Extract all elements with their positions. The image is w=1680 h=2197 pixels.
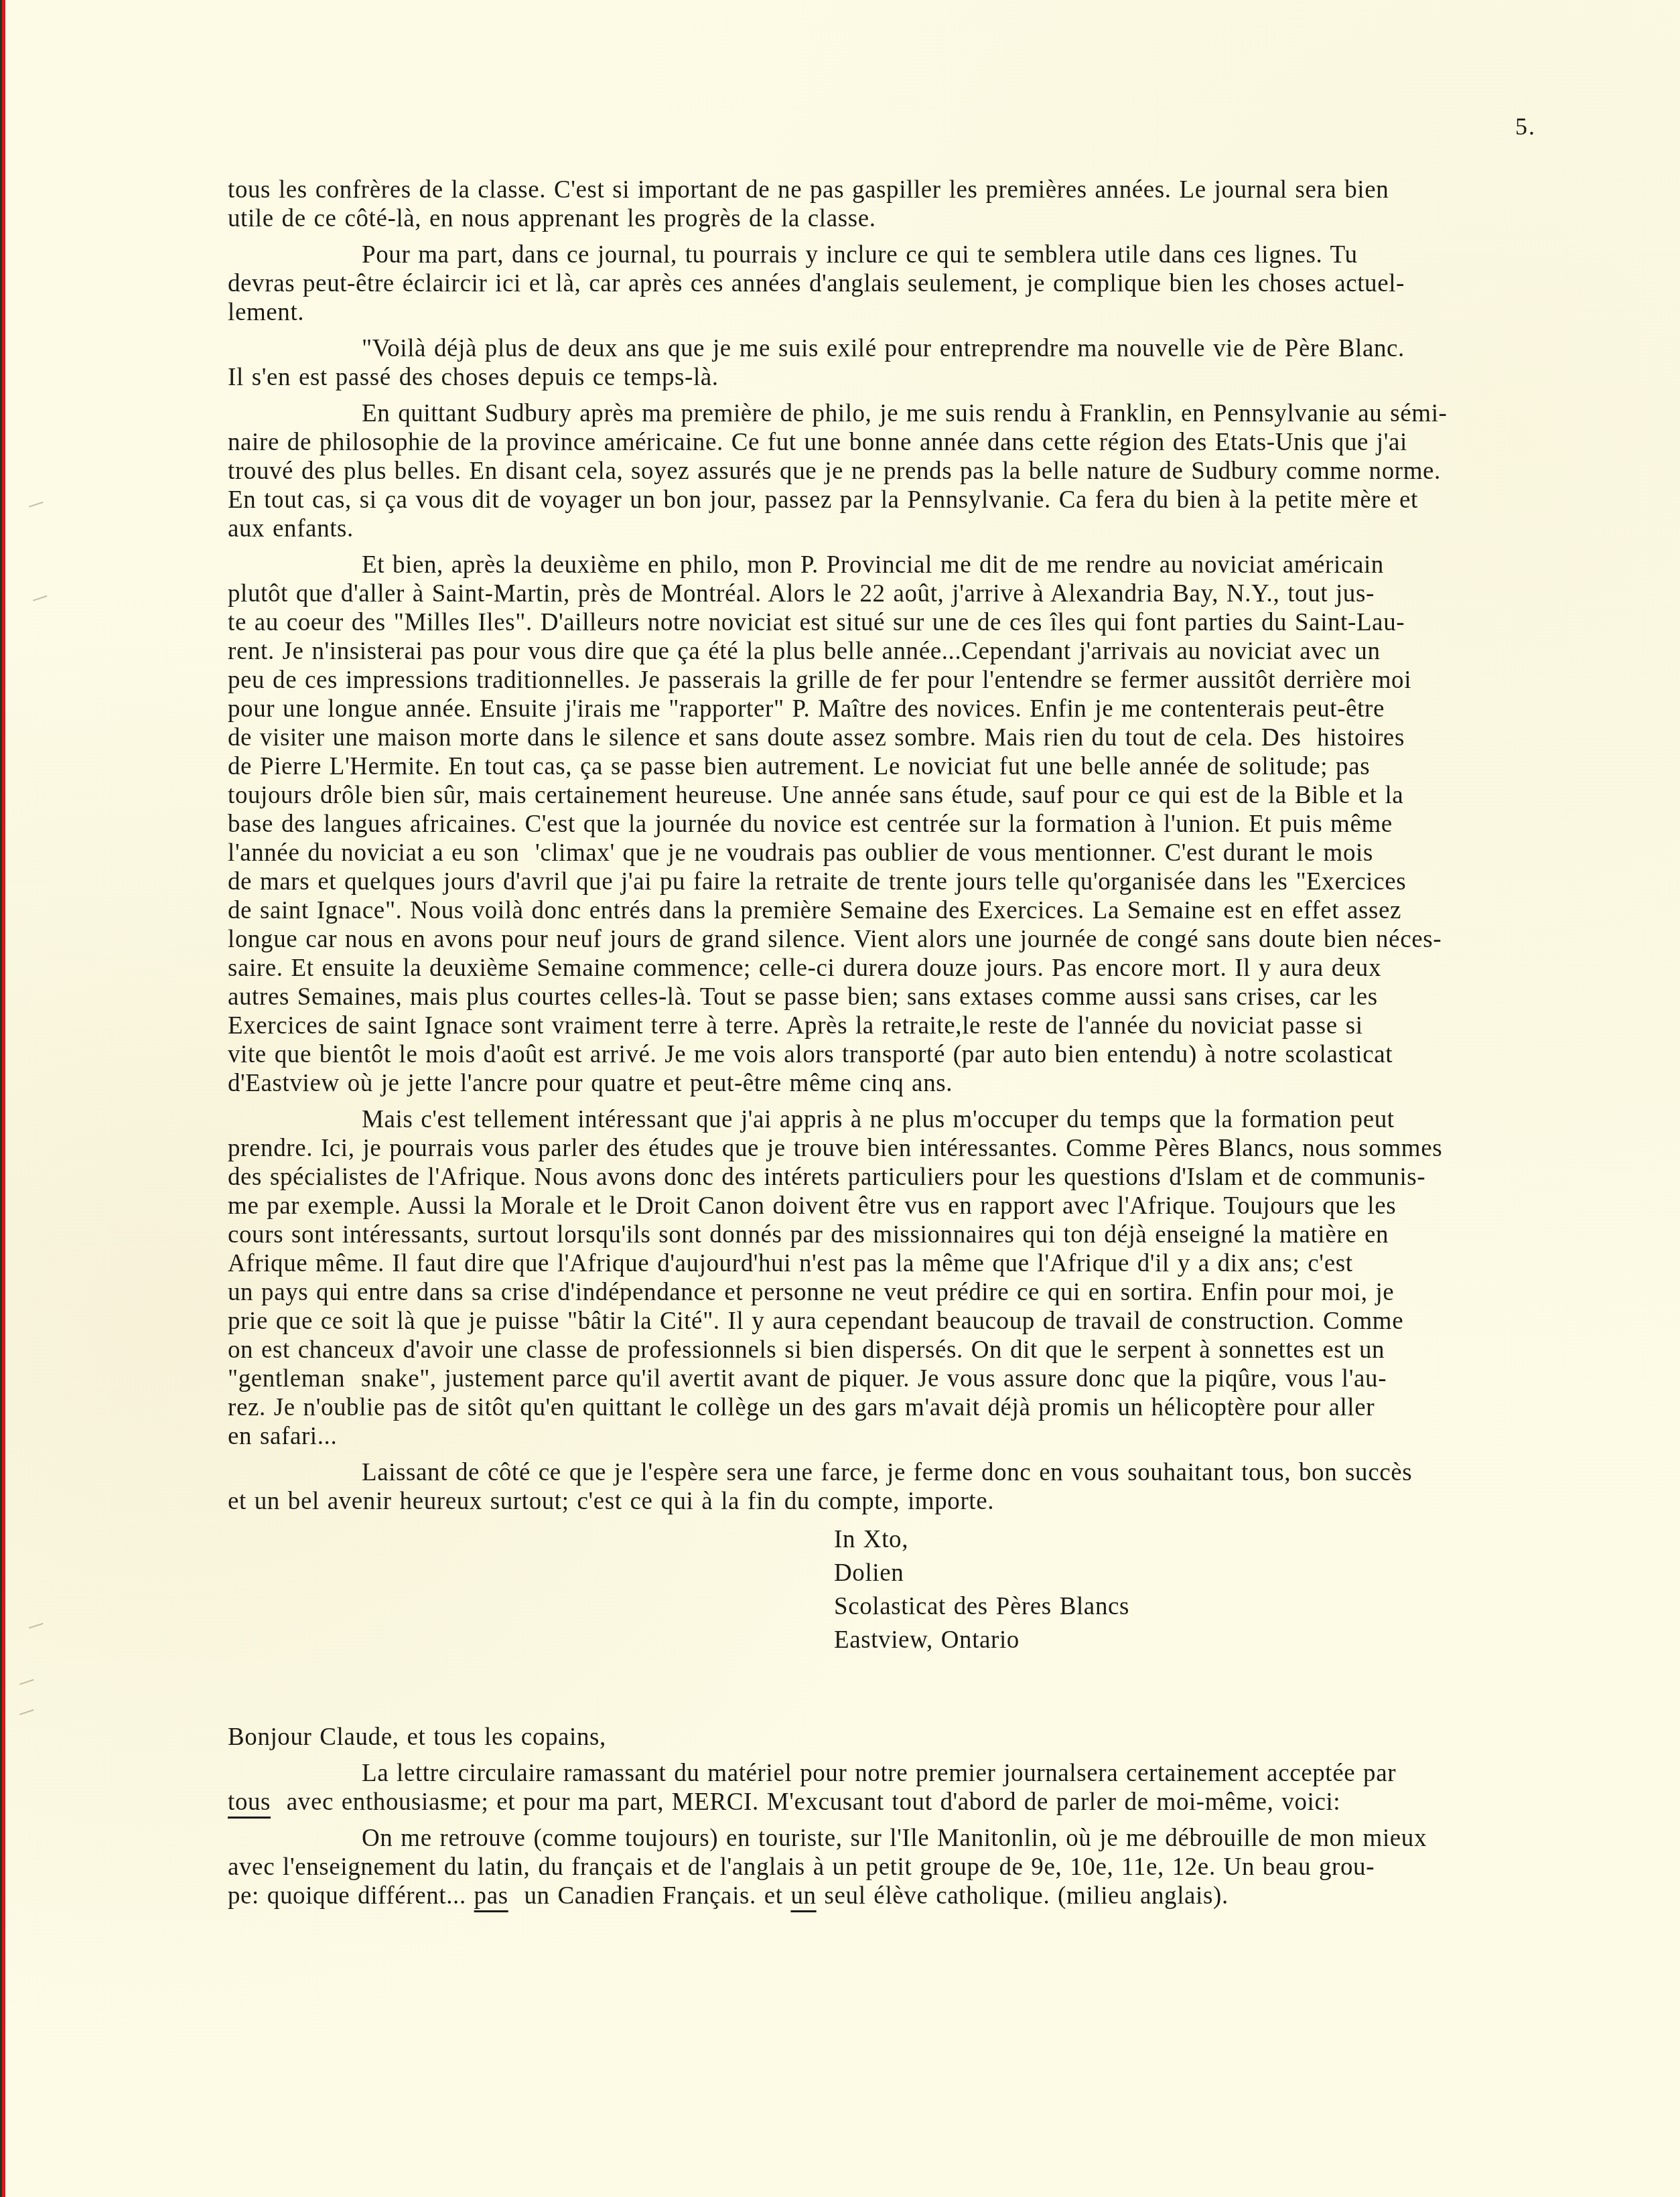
left-edge-red-strip (2, 0, 5, 2197)
text-line: saire. Et ensuite la deuxième Semaine co… (228, 954, 1541, 983)
scanned-page: 5. tous les confrères de la classe. C'es… (0, 0, 1680, 2197)
text-line: on est chanceux d'avoir une classe de pr… (228, 1336, 1541, 1364)
text-line: et un bel avenir heureux surtout; c'est … (228, 1487, 1541, 1516)
text-line: lement. (228, 298, 1541, 327)
underlined-word: tous (228, 1788, 271, 1816)
text-line: Mais c'est tellement intéressant que j'a… (228, 1105, 1541, 1134)
margin-mark (19, 1679, 36, 1690)
text-line: de visiter une maison morte dans le sile… (228, 723, 1541, 752)
signer-name: Dolien (834, 1557, 1541, 1590)
text-line: tous les confrères de la classe. C'est s… (228, 175, 1541, 204)
text-line: Pour ma part, dans ce journal, tu pourra… (228, 240, 1541, 269)
margin-mark (29, 1623, 45, 1634)
greeting: Bonjour Claude, et tous les copains, (228, 1723, 1541, 1752)
text-line: vite que bientôt le mois d'août est arri… (228, 1040, 1541, 1069)
text-line: Exercices de saint Ignace sont vraiment … (228, 1011, 1541, 1040)
text-line: rent. Je n'insisterai pas pour vous dire… (228, 637, 1541, 666)
text-line: pour une longue année. Ensuite j'irais m… (228, 695, 1541, 723)
text-line: devras peut-être éclaircir ici et là, ca… (228, 269, 1541, 298)
signature-block: In Xto, Dolien Scolasticat des Pères Bla… (228, 1523, 1541, 1657)
text-line: de saint Ignace". Nous voilà donc entrés… (228, 896, 1541, 925)
text-line: tous avec enthousiasme; et pour ma part,… (228, 1788, 1541, 1817)
text-line: En tout cas, si ça vous dit de voyager u… (228, 486, 1541, 514)
letter-1: tous les confrères de la classe. C'est s… (228, 175, 1541, 1657)
text-line: trouvé des plus belles. En disant cela, … (228, 457, 1541, 486)
document-body: tous les confrères de la classe. C'est s… (228, 175, 1541, 1910)
text-line: d'Eastview où je jette l'ancre pour quat… (228, 1069, 1541, 1098)
text-line: base des langues africaines. C'est que l… (228, 810, 1541, 839)
text-line: l'année du noviciat a eu son 'climax' qu… (228, 839, 1541, 867)
text-line: Laissant de côté ce que je l'espère sera… (228, 1458, 1541, 1487)
signer-institution: Scolasticat des Pères Blancs (834, 1590, 1541, 1624)
text-line: utile de ce côté-là, en nous apprenant l… (228, 204, 1541, 233)
text-line: toujours drôle bien sûr, mais certaineme… (228, 781, 1541, 810)
text-line: prie que ce soit là que je puisse "bâtir… (228, 1307, 1541, 1336)
text-line: "gentleman snake", justement parce qu'il… (228, 1364, 1541, 1393)
text-line: Afrique même. Il faut dire que l'Afrique… (228, 1249, 1541, 1278)
text-line: aux enfants. (228, 514, 1541, 543)
underlined-word: un (790, 1882, 816, 1910)
closing: In Xto, (834, 1523, 1541, 1557)
text-line: autres Semaines, mais plus courtes celle… (228, 983, 1541, 1011)
text-line: Et bien, après la deuxième en philo, mon… (228, 551, 1541, 579)
underlined-word: pas (474, 1882, 508, 1910)
text-line: naire de philosophie de la province amér… (228, 428, 1541, 457)
text-line: rez. Je n'oublie pas de sitôt qu'en quit… (228, 1393, 1541, 1422)
text-line: me par exemple. Aussi la Morale et le Dr… (228, 1192, 1541, 1220)
text-line: La lettre circulaire ramassant du matéri… (228, 1759, 1541, 1788)
text-line: des spécialistes de l'Afrique. Nous avon… (228, 1163, 1541, 1192)
text-line: "Voilà déjà plus de deux ans que je me s… (228, 334, 1541, 363)
text-line: Il s'en est passé des choses depuis ce t… (228, 363, 1541, 392)
text-line: cours sont intéressants, surtout lorsqu'… (228, 1220, 1541, 1249)
margin-mark (29, 502, 45, 512)
text-line: longue car nous en avons pour neuf jours… (228, 925, 1541, 954)
margin-mark (33, 595, 49, 606)
text-line: de Pierre L'Hermite. En tout cas, ça se … (228, 752, 1541, 781)
text-line: plutôt que d'aller à Saint-Martin, près … (228, 579, 1541, 608)
text-line: te au coeur des "Milles Iles". D'ailleur… (228, 608, 1541, 637)
text-line: pe: quoique différent... pas un Canadien… (228, 1882, 1541, 1910)
signer-location: Eastview, Ontario (834, 1624, 1541, 1657)
text-line: peu de ces impressions traditionnelles. … (228, 666, 1541, 695)
text-line: En quittant Sudbury après ma première de… (228, 399, 1541, 428)
text-line: de mars et quelques jours d'avril que j'… (228, 867, 1541, 896)
text-line: avec l'enseignement du latin, du françai… (228, 1853, 1541, 1882)
text-line: prendre. Ici, je pourrais vous parler de… (228, 1134, 1541, 1163)
text-line: On me retrouve (comme toujours) en touri… (228, 1824, 1541, 1853)
margin-mark (19, 1709, 36, 1720)
letter-2: Bonjour Claude, et tous les copains, La … (228, 1723, 1541, 1910)
page-number: 5. (1515, 113, 1536, 141)
text-line: un pays qui entre dans sa crise d'indépe… (228, 1278, 1541, 1307)
text-line: en safari... (228, 1422, 1541, 1451)
